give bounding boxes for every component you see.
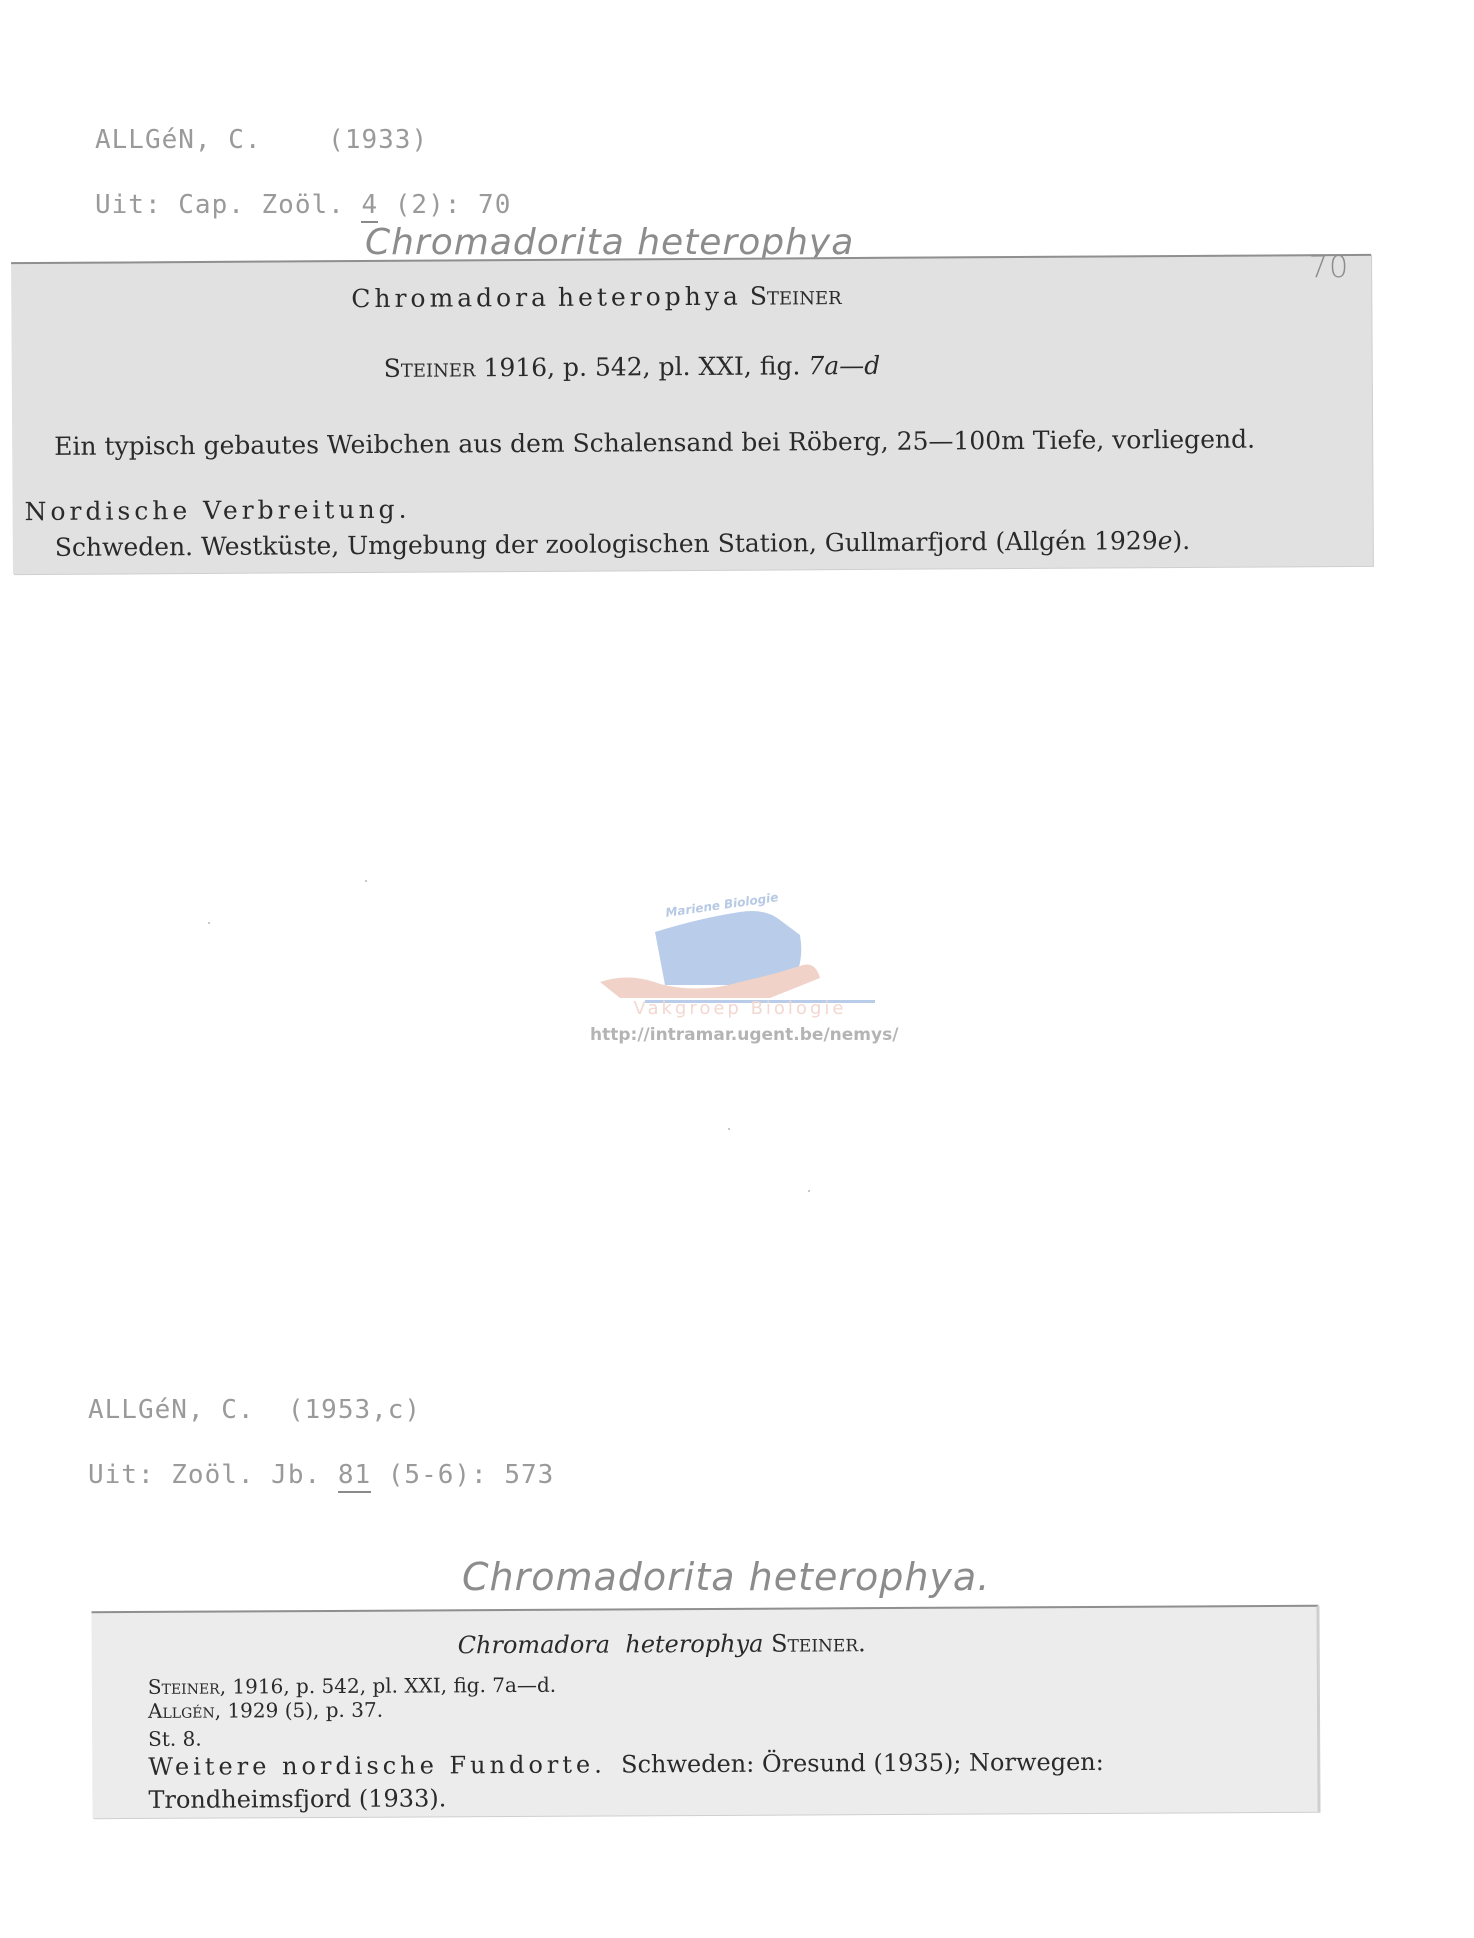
card1-citation-author: ALLGéN, C. (1933) [95,125,428,155]
card1-volume: 4 [361,190,378,223]
card2-station: St. 8. [148,1727,202,1751]
card1-clipping-reference: Steiner 1916, p. 542, pl. XXI, fig. 7a—d [384,351,881,383]
card1-clipping: 70 Chromadora heterophya Steiner Steiner… [11,254,1373,574]
scan-speck [728,1128,730,1130]
card1-distribution-heading: Nordische Verbreitung. [24,495,410,526]
scan-speck [208,922,210,924]
scan-speck [808,1190,810,1192]
card2-ref-steiner: Steiner, 1916, p. 542, pl. XXI, fig. 7a—… [148,1673,556,1699]
card1-handwritten-page: 70 [1309,250,1349,285]
card1-clipping-description: Ein typisch gebautes Weibchen aus dem Sc… [54,425,1255,461]
watermark-logo: Mariene Biologie Vakgroep Biologie http:… [590,890,890,1050]
card2-ref-allgen: Allgén, 1929 (5), p. 37. [148,1698,383,1723]
card1-distribution-text: Schweden. Westküste, Umgebung der zoolog… [55,526,1191,562]
card2-citation-source: Uit: Zoöl. Jb. 81 (5-6): 573 [88,1460,554,1490]
card1-clipping-title: Chromadora heterophya Steiner [351,281,842,313]
card2-citation-author: ALLGéN, C. (1953,c) [88,1395,421,1425]
card2-volume: 81 [338,1460,371,1493]
scan-speck [365,880,367,882]
watermark-middle-text: Vakgroep Biologie [590,998,890,1019]
card2-further-localities-cont: Trondheimsfjord (1933). [148,1784,446,1814]
card2-clipping-title: Chromadora heterophya Steiner. [458,1629,866,1659]
card2-handwritten-species: Chromadorita heterophya. [462,1555,990,1599]
card1-citation-source: Uit: Cap. Zoöl. 4 (2): 70 [95,190,511,220]
watermark-url: http://intramar.ugent.be/nemys/ [590,1025,890,1045]
card2-clipping: Chromadora heterophya Steiner. Steiner, … [91,1605,1319,1818]
card2-further-localities: Weitere nordische Fundorte. Schweden: Ör… [148,1748,1104,1781]
